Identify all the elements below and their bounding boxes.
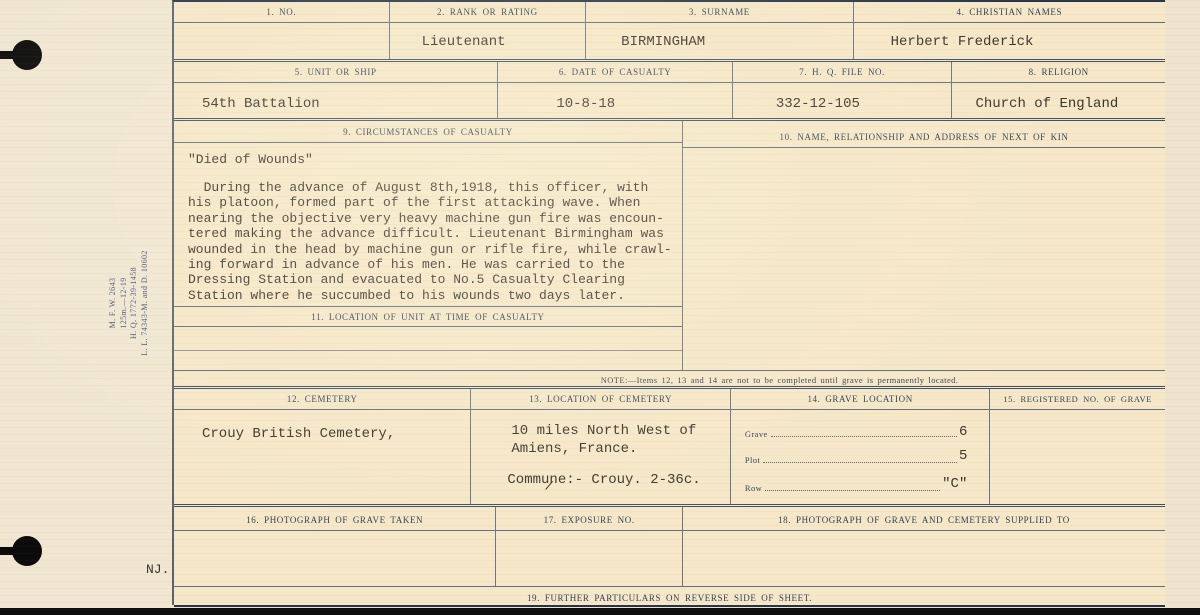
row-1: 1. NO. 2. RANK OR RATING Lieutenant 3. S… — [174, 2, 1165, 62]
grave-label: Grave — [745, 429, 768, 440]
row-label: Row — [745, 483, 762, 494]
field-religion-value: Church of England — [952, 83, 1165, 112]
field-rank-label: 2. RANK OR RATING — [390, 2, 586, 23]
field-rank-value: Lieutenant — [390, 23, 586, 50]
field-date-value: 10-8-18 — [498, 83, 732, 112]
left-column: 9. CIRCUMSTANCES OF CASUALTY "Died of Wo… — [174, 121, 683, 370]
row-3: 9. CIRCUMSTANCES OF CASUALTY "Died of Wo… — [174, 121, 1165, 371]
plot-value: 5 — [959, 448, 967, 464]
field-circumstances-body: "Died of Wounds" During the advance of A… — [174, 143, 682, 307]
grave-value: 6 — [959, 424, 967, 440]
circumstances-paragraph: During the advance of August 8th,1918, t… — [188, 180, 682, 303]
circumstances-quote: "Died of Wounds" — [188, 152, 682, 167]
field-cemetery-location: 13. LOCATION OF CEMETERY 10 miles North … — [471, 389, 730, 504]
field-photo-taken-label: 16. PHOTOGRAPH OF GRAVE TAKEN — [174, 507, 495, 531]
field-no: 1. NO. — [174, 2, 390, 59]
field-cemetery-label: 12. CEMETERY — [174, 389, 470, 410]
field-next-of-kin-label: 10. NAME, RELATIONSHIP AND ADDRESS OF NE… — [683, 121, 1165, 148]
field-surname-value: BIRMINGHAM — [586, 23, 852, 50]
field-unit-value: 54th Battalion — [174, 83, 497, 112]
field-unit-location-label: 11. LOCATION OF UNIT AT TIME OF CASUALTY — [174, 307, 682, 327]
field-next-of-kin: 10. NAME, RELATIONSHIP AND ADDRESS OF NE… — [683, 121, 1165, 370]
note-text: NOTE:—Items 12, 13 and 14 are not to be … — [174, 371, 1165, 385]
field-photo-supplied-label: 18. PHOTOGRAPH OF GRAVE AND CEMETERY SUP… — [683, 507, 1165, 531]
field-registered-no-label: 15. REGISTERED NO. OF GRAVE — [990, 389, 1165, 410]
field-surname: 3. SURNAME BIRMINGHAM — [586, 2, 853, 59]
grave-row: Grave 6 — [731, 410, 989, 440]
scan-bottom-edge — [0, 608, 1200, 615]
dotted-leader — [765, 489, 940, 491]
field-cemetery-value: Crouy British Cemetery, — [174, 410, 470, 442]
field-rank: 2. RANK OR RATING Lieutenant — [390, 2, 587, 59]
field-date-of-casualty: 6. DATE OF CASUALTY 10-8-18 — [498, 62, 733, 118]
plot-label: Plot — [745, 455, 760, 466]
field-cemetery: 12. CEMETERY Crouy British Cemetery, — [174, 389, 471, 504]
field-unit-label: 5. UNIT OR SHIP — [174, 62, 497, 83]
stamp-line: H. Q. 1772-39-1458 — [129, 228, 140, 378]
field-christian-names: 4. CHRISTIAN NAMES Herbert Frederick — [854, 2, 1165, 59]
casualty-form-card: 1. NO. 2. RANK OR RATING Lieutenant 3. S… — [172, 0, 1165, 605]
field-no-label: 1. NO. — [174, 2, 389, 23]
row-6: 19. FURTHER PARTICULARS ON REVERSE SIDE … — [174, 587, 1165, 607]
field-christian-names-label: 4. CHRISTIAN NAMES — [854, 2, 1165, 23]
field-religion-label: 8. RELIGION — [952, 62, 1165, 83]
field-unit-location-value — [174, 327, 682, 351]
field-hq-file-label: 7. H. Q. FILE NO. — [733, 62, 952, 83]
stamp-line: M. F. W. 2643 — [108, 228, 119, 378]
field-cemetery-location-label: 13. LOCATION OF CEMETERY — [471, 389, 729, 410]
field-circumstances-label: 9. CIRCUMSTANCES OF CASUALTY — [174, 121, 682, 143]
field-photo-supplied: 18. PHOTOGRAPH OF GRAVE AND CEMETERY SUP… — [683, 507, 1165, 586]
dotted-leader — [771, 435, 957, 437]
field-christian-names-value: Herbert Frederick — [854, 23, 1165, 50]
row-2: 5. UNIT OR SHIP 54th Battalion 6. DATE O… — [174, 62, 1165, 121]
field-registered-no-value — [990, 410, 1165, 422]
stamp-line: 125m.—12-19 — [119, 228, 130, 378]
field-surname-label: 3. SURNAME — [586, 2, 852, 23]
field-unit: 5. UNIT OR SHIP 54th Battalion — [174, 62, 498, 118]
field-exposure-no: 17. EXPOSURE NO. — [496, 507, 683, 586]
stamp-line: L. L. 74343-M. and D. 10602 — [140, 228, 151, 378]
field-next-of-kin-value — [683, 148, 1165, 370]
field-photo-taken: 16. PHOTOGRAPH OF GRAVE TAKEN — [174, 507, 496, 586]
row-5: 16. PHOTOGRAPH OF GRAVE TAKEN 17. EXPOSU… — [174, 507, 1165, 587]
cemetery-location-line2: Amiens, France. — [471, 440, 729, 458]
cemetery-location-line1: 10 miles North West of — [471, 410, 729, 440]
field-hq-file-no: 7. H. Q. FILE NO. 332-12-105 — [733, 62, 953, 118]
field-grave-location-label: 14. GRAVE LOCATION — [731, 389, 989, 410]
field-date-label: 6. DATE OF CASUALTY — [498, 62, 732, 83]
row-value: "C" — [942, 476, 967, 492]
margin-initials: NJ. — [146, 562, 169, 577]
row-row: Row "C" — [731, 466, 989, 494]
field-hq-file-value: 332-12-105 — [733, 83, 952, 112]
cemetery-location-line3: Commune:- Crouy. 2-36c. — [471, 458, 729, 489]
field-further-label: 19. FURTHER PARTICULARS ON REVERSE SIDE … — [174, 587, 1165, 603]
field-no-value — [174, 23, 389, 34]
dotted-leader — [763, 461, 957, 463]
punch-hole-bottom — [12, 536, 42, 566]
form-number-stamp: M. F. W. 2643 125m.—12-19 H. Q. 1772-39-… — [108, 228, 172, 378]
field-exposure-no-label: 17. EXPOSURE NO. — [496, 507, 682, 531]
pen-mark: / — [544, 478, 555, 494]
field-religion: 8. RELIGION Church of England — [952, 62, 1165, 118]
row-4: 12. CEMETERY Crouy British Cemetery, 13.… — [174, 389, 1165, 507]
field-registered-no: 15. REGISTERED NO. OF GRAVE — [990, 389, 1165, 504]
field-grave-location: 14. GRAVE LOCATION Grave 6 Plot 5 Row "C… — [731, 389, 990, 504]
note-row: NOTE:—Items 12, 13 and 14 are not to be … — [174, 371, 1165, 389]
plot-row: Plot 5 — [731, 440, 989, 466]
punch-hole-top — [12, 40, 42, 70]
